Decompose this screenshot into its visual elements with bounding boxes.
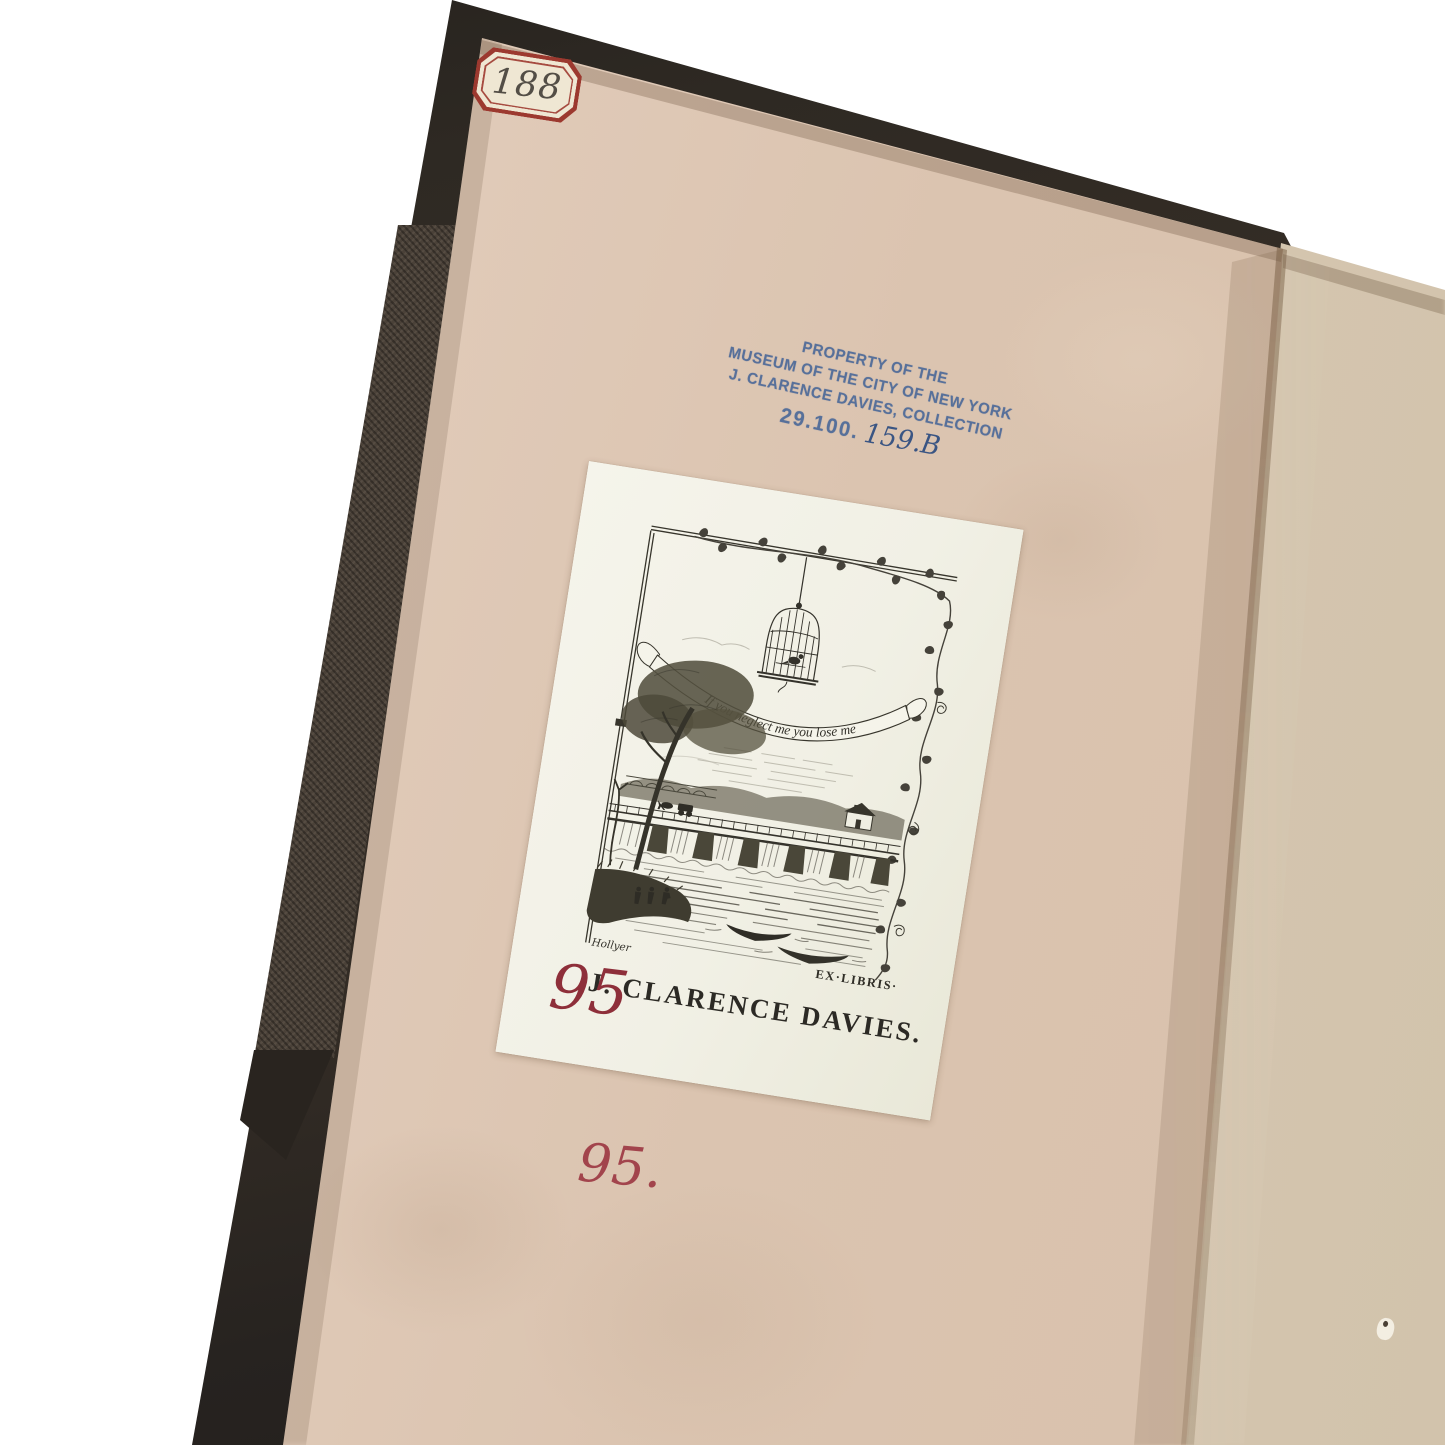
riverbank bbox=[585, 857, 697, 937]
shelf-number: 188 bbox=[471, 48, 583, 123]
engraver-signature: Hollyer bbox=[590, 936, 633, 954]
handwritten-95-page: 95. bbox=[543, 1130, 698, 1204]
book-photo: 188 PROPERTY OF THE MUSEUM OF THE CITY O… bbox=[0, 0, 1445, 1445]
handwritten-95-plate: 95 bbox=[520, 946, 658, 1034]
birdcage-icon bbox=[754, 552, 837, 698]
bookplate: If you neglect me you lose me bbox=[495, 461, 1023, 1120]
bookplate-engraving: If you neglect me you lose me bbox=[569, 514, 971, 1009]
shelf-label: 188 bbox=[470, 45, 585, 125]
frame-poles bbox=[581, 525, 958, 991]
